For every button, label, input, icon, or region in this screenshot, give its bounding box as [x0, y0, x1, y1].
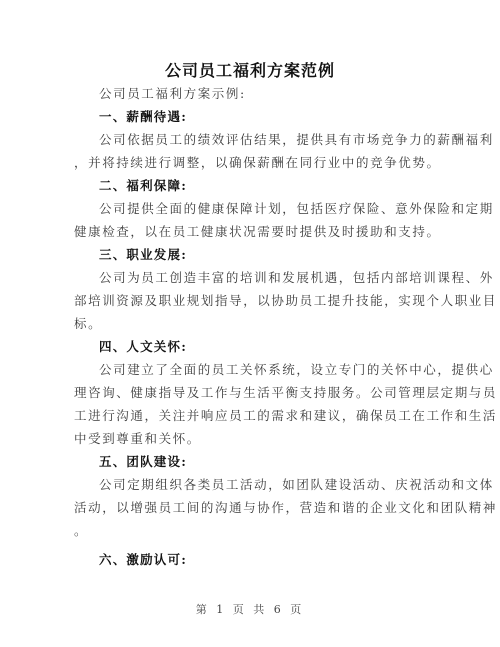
- paragraph-line: 公司建立了全面的员工关怀系统，设立专门的关怀中心，提供心: [74, 358, 436, 381]
- paragraph-line: 标。: [74, 312, 436, 335]
- paragraph-line: 理咨询、健康指导及工作与生活平衡支持服务。公司管理层定期与员: [74, 381, 436, 404]
- paragraph-line: ，并将持续进行调整，以确保薪酬在同行业中的竞争优势。: [74, 151, 436, 174]
- paragraph-line: 公司为员工创造丰富的培训和发展机遇，包括内部培训课程、外: [74, 266, 436, 289]
- section-heading-care: 四、人文关怀:: [74, 335, 436, 358]
- paragraph-line: 公司定期组织各类员工活动，如团队建设活动、庆祝活动和文体: [74, 473, 436, 496]
- intro-text: 公司员工福利方案示例:: [74, 82, 436, 105]
- page-footer: 第 1 页 共 6 页: [0, 601, 500, 617]
- paragraph-line: 中受到尊重和关怀。: [74, 427, 436, 450]
- paragraph-line: 。: [74, 519, 436, 542]
- paragraph-line: 部培训资源及职业规划指导，以协助员工提升技能，实现个人职业目: [74, 289, 436, 312]
- paragraph-line: 公司提供全面的健康保障计划，包括医疗保险、意外保险和定期: [74, 197, 436, 220]
- paragraph-line: 公司依据员工的绩效评估结果，提供具有市场竞争力的薪酬福利: [74, 128, 436, 151]
- document-body: 公司员工福利方案示例: 一、薪酬待遇: 公司依据员工的绩效评估结果，提供具有市场…: [74, 82, 436, 571]
- document-title: 公司员工福利方案范例: [0, 58, 500, 81]
- section-heading-team: 五、团队建设:: [74, 450, 436, 473]
- section-heading-salary: 一、薪酬待遇:: [74, 105, 436, 128]
- section-heading-career: 三、职业发展:: [74, 243, 436, 266]
- section-heading-recognition: 六、激励认可:: [74, 548, 436, 571]
- section-heading-benefits: 二、福利保障:: [74, 174, 436, 197]
- paragraph-line: 活动，以增强员工间的沟通与协作，营造和谐的企业文化和团队精神: [74, 496, 436, 519]
- paragraph-line: 工进行沟通，关注并响应员工的需求和建议，确保员工在工作和生活: [74, 404, 436, 427]
- paragraph-line: 健康检查，以在员工健康状况需要时提供及时援助和支持。: [74, 220, 436, 243]
- document-page: 公司员工福利方案范例 公司员工福利方案示例: 一、薪酬待遇: 公司依据员工的绩效…: [0, 0, 500, 647]
